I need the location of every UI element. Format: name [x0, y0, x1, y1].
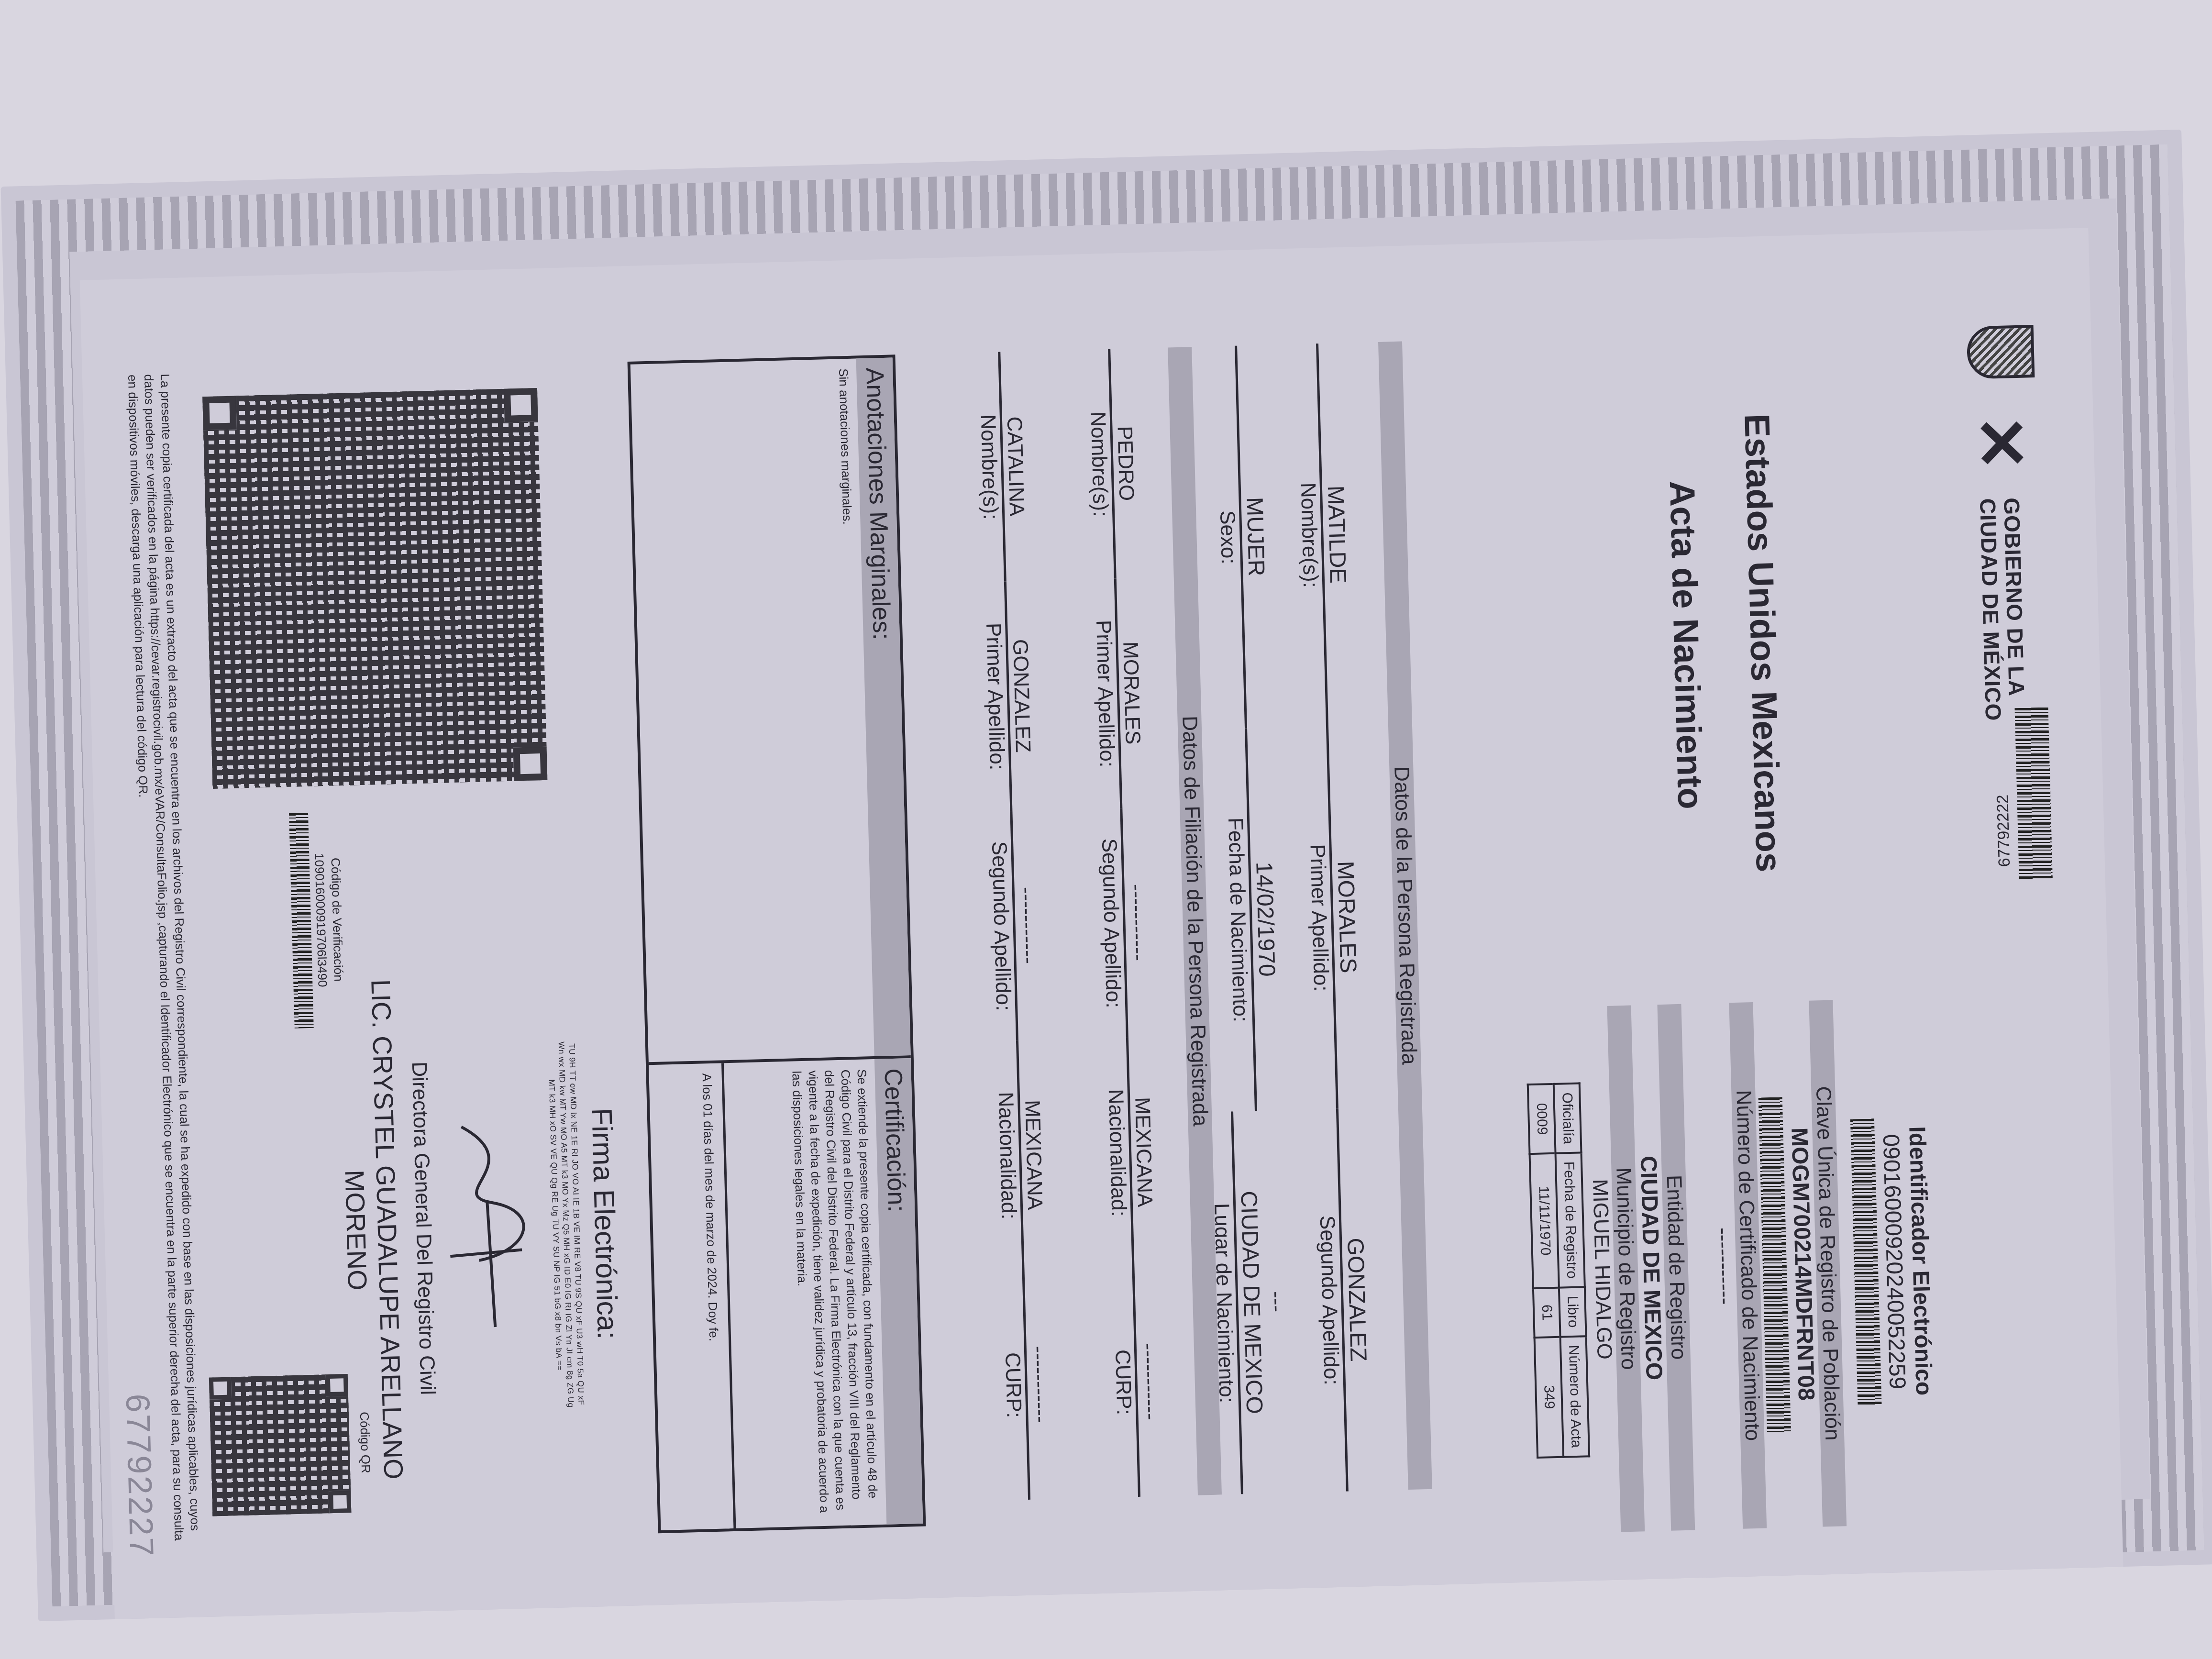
signature-block: Firma Electrónica: TU 9H TT ow MD lx NE …	[332, 912, 630, 1541]
annotations-certification-box: Anotaciones Marginales: Sin anotaciones …	[628, 354, 926, 1533]
verification-code-block: Código de Verificación 109016000919706l3…	[287, 800, 348, 1040]
certificate-paper: ✕ GOBIERNO DE LA CIUDAD DE MÉXICO 677922…	[1, 130, 2212, 1621]
top-barcode	[2014, 708, 2052, 881]
parent-2: CATALINANombre(s): GONZALEZPrimer Apelli…	[974, 351, 1054, 1500]
registry-table: Oficialía Fecha de Registro Libro Número…	[1527, 1083, 1590, 1459]
certification-panel: Certificación: Se extiende la presente c…	[649, 1058, 923, 1530]
country-title: Estados Unidos Mexicanos	[1732, 236, 1794, 1050]
large-qr-code[interactable]	[202, 388, 547, 789]
annotations-panel: Anotaciones Marginales: Sin anotaciones …	[630, 358, 911, 1065]
footer-legal-text: La presente copia certificada del acta e…	[124, 374, 204, 1547]
document-title: Acta de Nacimiento	[1656, 238, 1717, 1052]
verification-barcode	[289, 813, 314, 1029]
qr-code-small[interactable]	[209, 1374, 351, 1516]
bottom-serial: 67792227	[119, 1394, 161, 1559]
top-serial: 67792222	[1993, 795, 2014, 867]
birth-certificate: ✕ GOBIERNO DE LA CIUDAD DE MÉXICO 677922…	[80, 228, 2124, 1619]
parent-1: PEDRONombre(s): MORALESPrimer Apellido: …	[1084, 348, 1164, 1497]
government-name: GOBIERNO DE LA CIUDAD DE MÉXICO	[1976, 498, 2029, 721]
qr-label: Código QR	[356, 1412, 374, 1473]
electronic-id-barcode	[1850, 1118, 1882, 1406]
cdmx-logo-icon: ✕	[1964, 406, 2037, 480]
cdmx-coat-of-arms-icon	[1967, 325, 2035, 379]
handwritten-signature-icon	[427, 914, 558, 1539]
section-registered-person: Datos de la Persona Registrada	[1378, 342, 1432, 1490]
identifiers-block: Identificador Electrónico 09016000920240…	[1525, 997, 1941, 1534]
